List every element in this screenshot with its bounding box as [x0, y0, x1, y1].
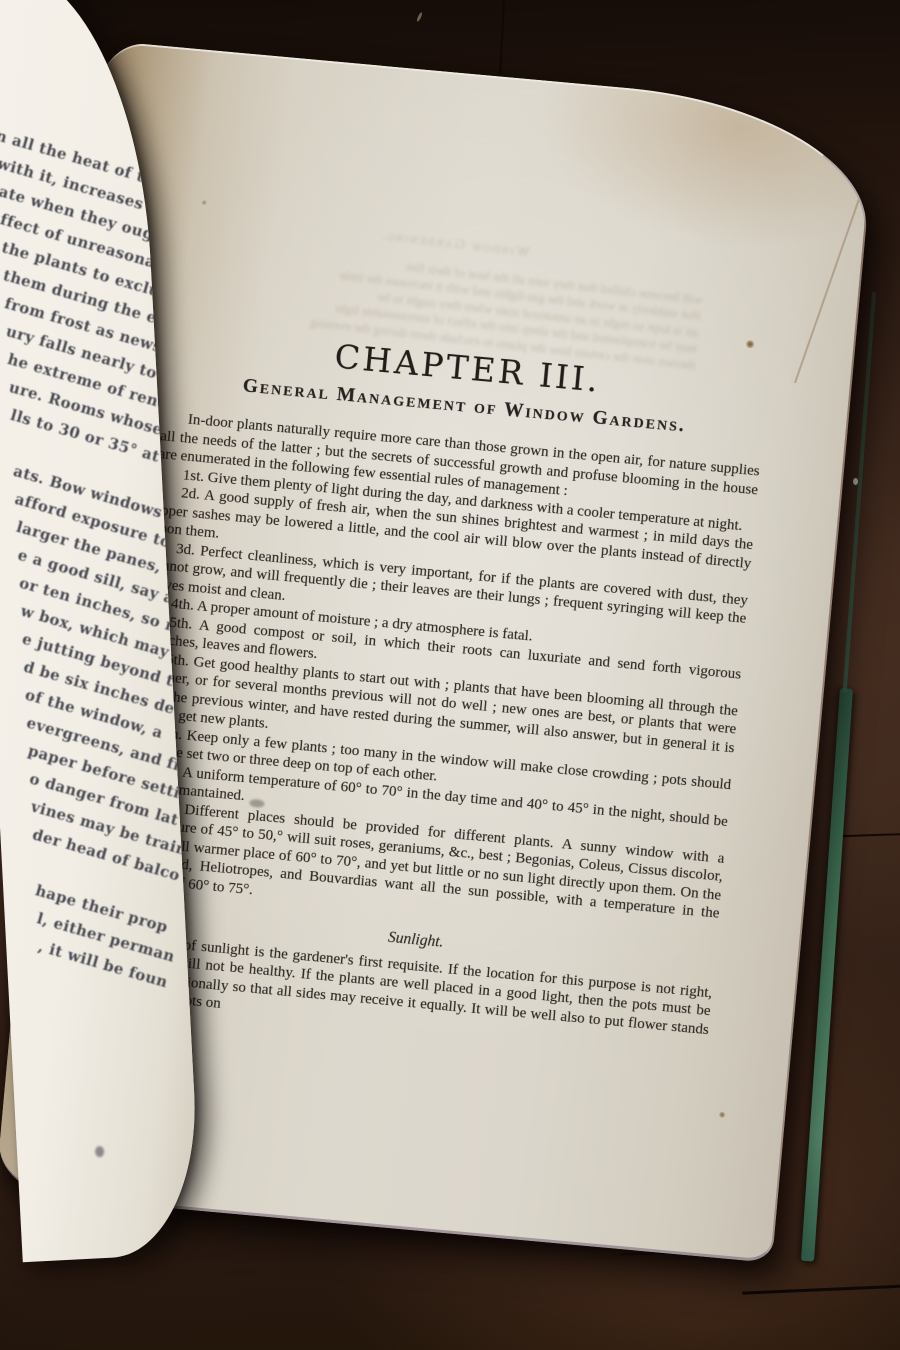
body-text: In-door plants naturally require more ca…	[109, 408, 761, 1057]
rule-number: 3d.	[176, 541, 196, 559]
left-page-spot	[95, 1146, 105, 1157]
rule-number: 1st.	[182, 467, 205, 485]
foxing-spot	[719, 1112, 726, 1119]
wood-crack	[742, 1284, 900, 1294]
wood-crack	[842, 833, 900, 837]
book-photo-scene: Window Gardening. will become chilled th…	[0, 0, 900, 1350]
rule-number: 2d.	[181, 485, 201, 503]
dust-speck	[416, 12, 423, 22]
rules-list: 1st. Give them plenty of light during th…	[119, 463, 755, 941]
page-content: CHAPTER III. General Management of Windo…	[109, 51, 793, 1058]
rule-number: 5th.	[169, 614, 193, 632]
rule-number: 4th.	[170, 596, 194, 614]
